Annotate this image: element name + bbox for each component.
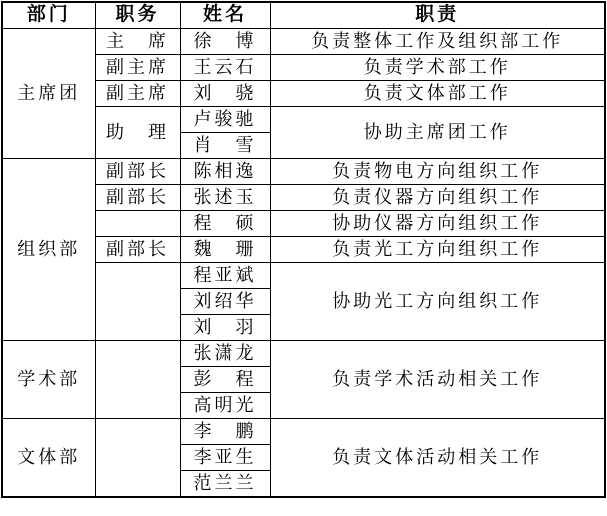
department-cell: 主席团 — [2, 29, 95, 159]
table-body: 主席团主 席徐 博负责整体工作及组织部工作副主席王云石负责学术部工作副主席刘 骁… — [2, 29, 605, 498]
name-cell: 徐 博 — [180, 29, 270, 55]
position-cell: 副部长 — [95, 159, 180, 185]
header-row: 部门职务姓名职责 — [2, 2, 605, 29]
duty-cell: 负责学术部工作 — [270, 55, 605, 81]
position-cell: 主 席 — [95, 29, 180, 55]
position-cell — [95, 419, 180, 498]
department-cell: 文体部 — [2, 419, 95, 498]
duty-cell: 负责仪器方向组织工作 — [270, 185, 605, 211]
name-cell: 程 硕 — [180, 211, 270, 237]
table-header-row: 部门职务姓名职责 — [2, 2, 605, 29]
name-cell: 程亚斌 — [180, 263, 270, 289]
name-cell: 范兰兰 — [180, 471, 270, 498]
name-cell: 卢骏驰 — [180, 107, 270, 133]
duty-cell: 负责光工方向组织工作 — [270, 237, 605, 263]
duty-cell: 协助仪器方向组织工作 — [270, 211, 605, 237]
duty-cell: 负责物电方向组织工作 — [270, 159, 605, 185]
position-cell: 助 理 — [95, 107, 180, 159]
name-cell: 刘绍华 — [180, 289, 270, 315]
name-cell: 张述玉 — [180, 185, 270, 211]
name-cell: 陈相逸 — [180, 159, 270, 185]
name-cell: 肖 雪 — [180, 133, 270, 159]
name-cell: 王云石 — [180, 55, 270, 81]
department-cell: 学术部 — [2, 341, 95, 419]
name-cell: 张潇龙 — [180, 341, 270, 367]
name-cell: 刘 羽 — [180, 315, 270, 341]
name-cell: 彭 程 — [180, 367, 270, 393]
col-header-department: 部门 — [2, 2, 95, 29]
col-header-name: 姓名 — [180, 2, 270, 29]
table-row: 学术部张潇龙负责学术活动相关工作 — [2, 341, 605, 367]
name-cell: 魏 珊 — [180, 237, 270, 263]
name-cell: 刘 骁 — [180, 81, 270, 107]
duty-cell: 负责文体活动相关工作 — [270, 419, 605, 498]
position-cell — [95, 263, 180, 341]
position-cell: 副主席 — [95, 55, 180, 81]
position-cell: 副主席 — [95, 81, 180, 107]
position-cell — [95, 211, 180, 237]
org-structure-table: 部门职务姓名职责 主席团主 席徐 博负责整体工作及组织部工作副主席王云石负责学术… — [1, 1, 606, 498]
name-cell: 李亚生 — [180, 445, 270, 471]
duty-cell: 协助主席团工作 — [270, 107, 605, 159]
position-cell — [95, 341, 180, 419]
name-cell: 高明光 — [180, 393, 270, 419]
name-cell: 李 鹏 — [180, 419, 270, 445]
table-row: 组织部副部长陈相逸负责物电方向组织工作 — [2, 159, 605, 185]
col-header-position: 职务 — [95, 2, 180, 29]
position-cell: 副部长 — [95, 237, 180, 263]
position-cell: 副部长 — [95, 185, 180, 211]
duty-cell: 协助光工方向组织工作 — [270, 263, 605, 341]
table-row: 主席团主 席徐 博负责整体工作及组织部工作 — [2, 29, 605, 55]
duty-cell: 负责文体部工作 — [270, 81, 605, 107]
table-row: 文体部李 鹏负责文体活动相关工作 — [2, 419, 605, 445]
col-header-duty: 职责 — [270, 2, 605, 29]
duty-cell: 负责学术活动相关工作 — [270, 341, 605, 419]
duty-cell: 负责整体工作及组织部工作 — [270, 29, 605, 55]
department-cell: 组织部 — [2, 159, 95, 341]
